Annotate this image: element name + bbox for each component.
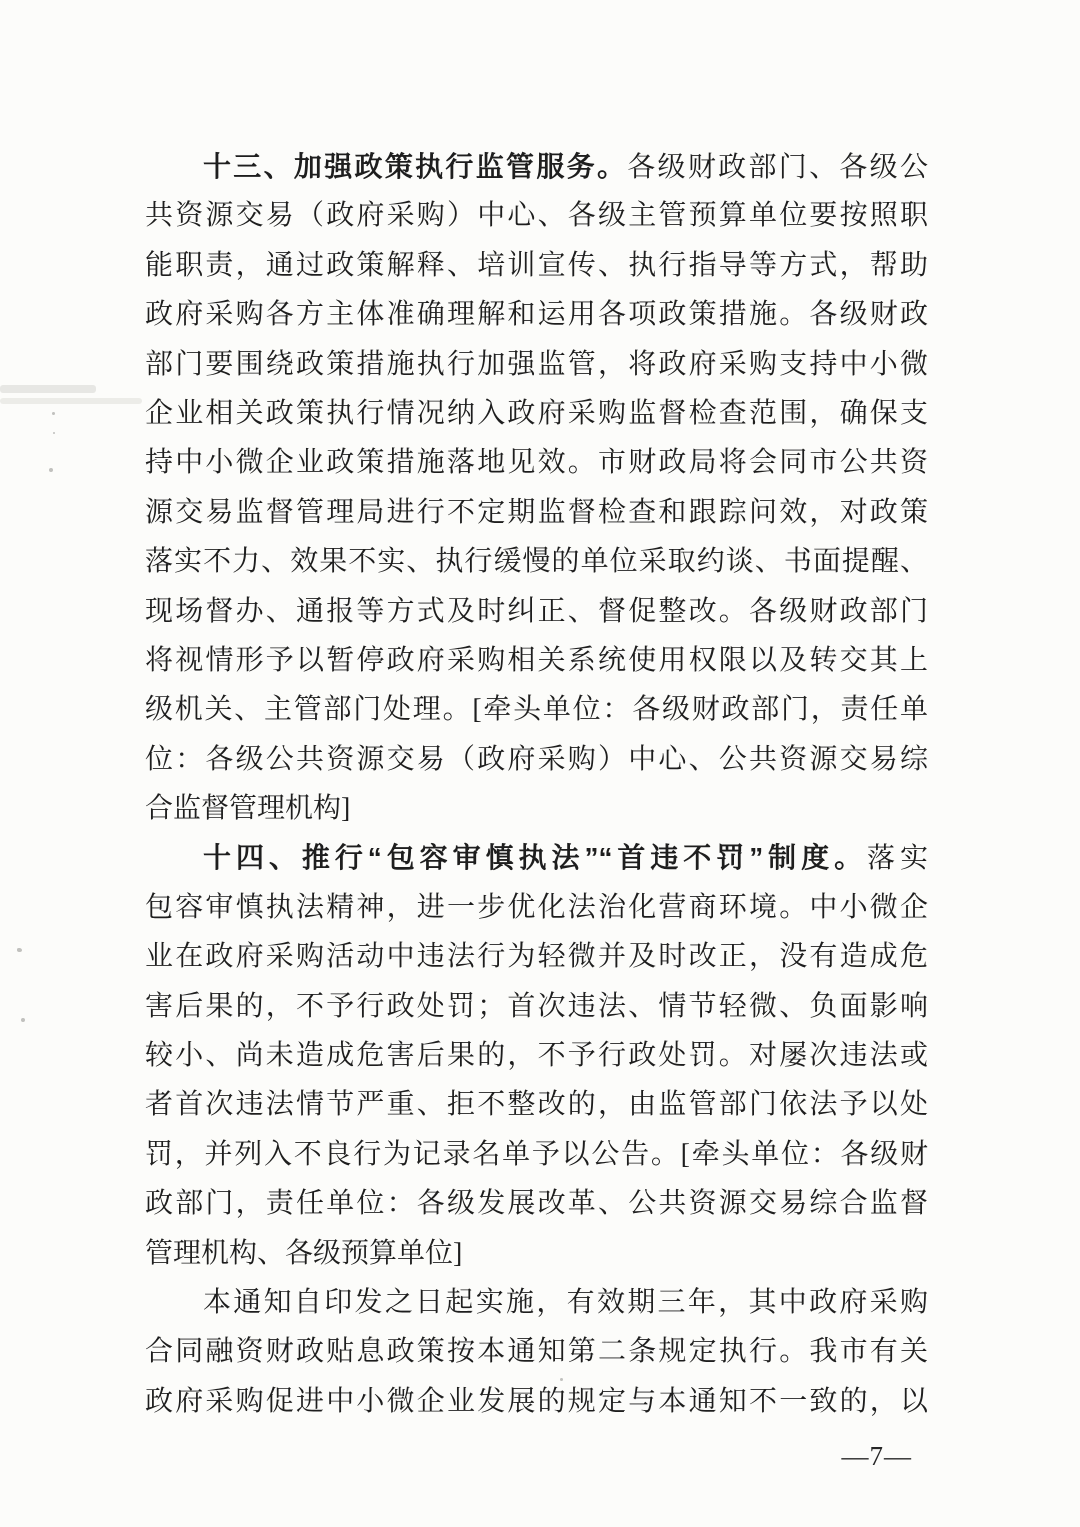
text-line: 共资源交易（政府采购）中心、各级主管预算单位要按照职 xyxy=(145,191,928,240)
scan-speck xyxy=(52,412,55,415)
text-line: 部门要围绕政策措施执行加强监管，将政府采购支持中小微 xyxy=(145,340,928,389)
text-line: 政部门，责任单位：各级发展改革、公共资源交易综合监督 xyxy=(145,1179,928,1228)
section-14-heading: 十四、推行“包容审慎执法”“首违不罚”制度。 xyxy=(203,842,867,873)
text-line: 级机关、主管部门处理。[牵头单位：各级财政部门，责任单 xyxy=(145,685,928,734)
scan-speck xyxy=(21,1018,25,1022)
section-13-heading: 十三、加强政策执行监管服务。 xyxy=(203,151,627,182)
text-segment: 企业相关政策执行情况纳入政府采购监督检查范围，确保支 xyxy=(145,398,928,429)
scan-speck xyxy=(49,468,53,472)
text-segment: 包容审慎执法精神，进一步优化法治化营商环境。中小微企 xyxy=(145,892,928,923)
document-page: 十三、加强政策执行监管服务。各级财政部门、各级公 共资源交易（政府采购）中心、各… xyxy=(0,0,1080,1527)
text-segment: 管理机构、各级预算单位] xyxy=(145,1238,462,1269)
text-segment: 现场督办、通报等方式及时纠正、督促整改。各级财政部门 xyxy=(145,596,928,627)
scan-smudge xyxy=(0,385,96,393)
text-segment: 各级财政部门、各级公 xyxy=(627,152,928,183)
text-segment: 级机关、主管部门处理。[牵头单位：各级财政部门，责任单 xyxy=(145,694,928,725)
text-segment: 部门要围绕政策措施执行加强监管，将政府采购支持中小微 xyxy=(145,349,928,380)
document-body: 十三、加强政策执行监管服务。各级财政部门、各级公 共资源交易（政府采购）中心、各… xyxy=(145,142,928,1426)
text-line: 本通知自印发之日起实施，有效期三年，其中政府采购 xyxy=(145,1278,928,1327)
text-segment: 本通知自印发之日起实施，有效期三年，其中政府采购 xyxy=(203,1287,928,1318)
text-segment: 害后果的，不予行政处罚；首次违法、情节轻微、负面影响 xyxy=(145,991,928,1022)
text-line: 业在政府采购活动中违法行为轻微并及时改正，没有造成危 xyxy=(145,932,928,981)
text-line: 现场督办、通报等方式及时纠正、督促整改。各级财政部门 xyxy=(145,587,928,636)
text-segment: 合监督管理机构] xyxy=(145,793,350,824)
text-segment: 者首次违法情节严重、拒不整改的，由监管部门依法予以处 xyxy=(145,1089,928,1120)
text-segment: 合同融资财政贴息政策按本通知第二条规定执行。我市有关 xyxy=(145,1336,928,1367)
text-segment: 罚，并列入不良行为记录名单予以公告。[牵头单位：各级财 xyxy=(145,1139,928,1170)
text-segment: 共资源交易（政府采购）中心、各级主管预算单位要按照职 xyxy=(145,200,928,231)
scan-speck xyxy=(17,948,22,952)
text-line: 位：各级公共资源交易（政府采购）中心、公共资源交易综 xyxy=(145,735,928,784)
text-line: 害后果的，不予行政处罚；首次违法、情节轻微、负面影响 xyxy=(145,982,928,1031)
text-segment: 政部门，责任单位：各级发展改革、公共资源交易综合监督 xyxy=(145,1188,928,1219)
text-line: 将视情形予以暂停政府采购相关系统使用权限以及转交其上 xyxy=(145,636,928,685)
text-segment: 政府采购各方主体准确理解和运用各项政策措施。各级财政 xyxy=(145,299,928,330)
page-number: —7— xyxy=(842,1441,913,1472)
text-segment: 源交易监督管理局进行不定期监督检查和跟踪问效，对政策 xyxy=(145,497,928,528)
text-segment: 持中小微企业政策措施落地见效。市财政局将会同市公共资 xyxy=(145,447,928,478)
text-segment: 落实不力、效果不实、执行缓慢的单位采取约谈、书面提醒、 xyxy=(145,546,928,577)
text-line: 政府采购促进中小微企业发展的规定与本通知不一致的，以 xyxy=(145,1377,928,1426)
text-segment: 将视情形予以暂停政府采购相关系统使用权限以及转交其上 xyxy=(145,645,928,676)
scan-smudge xyxy=(0,398,142,404)
text-segment: 位：各级公共资源交易（政府采购）中心、公共资源交易综 xyxy=(145,744,928,775)
text-line: 十三、加强政策执行监管服务。各级财政部门、各级公 xyxy=(145,142,928,191)
text-line: 合同融资财政贴息政策按本通知第二条规定执行。我市有关 xyxy=(145,1327,928,1376)
scan-speck xyxy=(53,432,55,434)
text-segment: 较小、尚未造成危害后果的，不予行政处罚。对屡次违法或 xyxy=(145,1040,928,1071)
text-segment: 能职责，通过政策解释、培训宣传、执行指导等方式，帮助 xyxy=(145,250,928,281)
text-segment: 政府采购促进中小微企业发展的规定与本通知不一致的，以 xyxy=(145,1386,928,1417)
text-line: 企业相关政策执行情况纳入政府采购监督检查范围，确保支 xyxy=(145,389,928,438)
text-segment: 落实 xyxy=(867,843,928,874)
text-line: 包容审慎执法精神，进一步优化法治化营商环境。中小微企 xyxy=(145,883,928,932)
text-line: 落实不力、效果不实、执行缓慢的单位采取约谈、书面提醒、 xyxy=(145,537,928,586)
text-line: 十四、推行“包容审慎执法”“首违不罚”制度。落实 xyxy=(145,833,928,882)
text-line: 政府采购各方主体准确理解和运用各项政策措施。各级财政 xyxy=(145,290,928,339)
text-line: 罚，并列入不良行为记录名单予以公告。[牵头单位：各级财 xyxy=(145,1130,928,1179)
text-segment: 业在政府采购活动中违法行为轻微并及时改正，没有造成危 xyxy=(145,941,928,972)
text-line: 持中小微企业政策措施落地见效。市财政局将会同市公共资 xyxy=(145,438,928,487)
text-line: 者首次违法情节严重、拒不整改的，由监管部门依法予以处 xyxy=(145,1080,928,1129)
text-line: 源交易监督管理局进行不定期监督检查和跟踪问效，对政策 xyxy=(145,488,928,537)
text-line: 能职责，通过政策解释、培训宣传、执行指导等方式，帮助 xyxy=(145,241,928,290)
text-line: 合监督管理机构] xyxy=(145,784,928,833)
text-line: 管理机构、各级预算单位] xyxy=(145,1229,928,1278)
text-line: 较小、尚未造成危害后果的，不予行政处罚。对屡次违法或 xyxy=(145,1031,928,1080)
